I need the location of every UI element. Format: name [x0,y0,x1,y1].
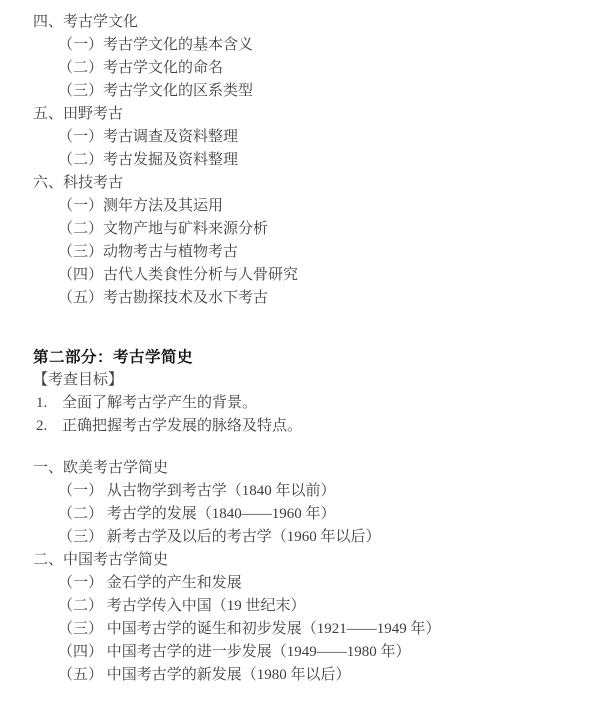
outline-subitem: （三）考古学文化的区系类型 [33,80,596,103]
outline-item: 一、欧美考古学简史 [33,457,596,480]
outline-subitem: （一）考古学文化的基本含义 [33,34,596,57]
outline-item: 四、考古学文化 [33,11,596,34]
part2-outline: 一、欧美考古学简史 （一） 从古物学到考古学（1840 年以前） （二） 考古学… [33,457,596,687]
outline-subitem: （二） 考古学的发展（1840——1960 年） [33,503,596,526]
part1-outline: 四、考古学文化 （一）考古学文化的基本含义 （二）考古学文化的命名 （三）考古学… [33,11,596,310]
outline-subitem: （四） 中国考古学的进一步发展（1949——1980 年） [33,641,596,664]
outline-subitem: （四）古代人类食性分析与人骨研究 [33,264,596,287]
outline-subitem: （三） 中国考古学的诞生和初步发展（1921——1949 年） [33,618,596,641]
objectives-title: 【考查目标】 [33,369,596,392]
outline-subitem: （三）动物考古与植物考古 [33,241,596,264]
outline-subitem: （二）考古发掘及资料整理 [33,149,596,172]
objective-number: 1. [36,392,62,415]
objective-item: 1. 全面了解考古学产生的背景。 [33,392,596,415]
objective-number: 2. [36,415,62,438]
outline-subitem: （二） 考古学传入中国（19 世纪末） [33,595,596,618]
outline-subitem: （五） 中国考古学的新发展（1980 年以后） [33,664,596,687]
outline-item: 五、田野考古 [33,103,596,126]
outline-subitem: （五）考古勘探技术及水下考古 [33,287,596,310]
objectives-block: 【考查目标】 1. 全面了解考古学产生的背景。 2. 正确把握考古学发展的脉络及… [33,369,596,438]
outline-subitem: （一） 金石学的产生和发展 [33,572,596,595]
outline-subitem: （一） 从古物学到考古学（1840 年以前） [33,480,596,503]
objective-text: 全面了解考古学产生的背景。 [62,392,596,415]
section-heading: 第二部分：考古学简史 [33,346,596,369]
document-page: 四、考古学文化 （一）考古学文化的基本含义 （二）考古学文化的命名 （三）考古学… [0,0,616,702]
outline-subitem: （一）考古调查及资料整理 [33,126,596,149]
outline-subitem: （二）考古学文化的命名 [33,57,596,80]
outline-subitem: （一）测年方法及其运用 [33,195,596,218]
objective-item: 2. 正确把握考古学发展的脉络及特点。 [33,415,596,438]
objective-text: 正确把握考古学发展的脉络及特点。 [62,415,596,438]
outline-item: 二、中国考古学简史 [33,549,596,572]
outline-subitem: （二）文物产地与矿料来源分析 [33,218,596,241]
outline-item: 六、科技考古 [33,172,596,195]
outline-subitem: （三） 新考古学及以后的考古学（1960 年以后） [33,526,596,549]
